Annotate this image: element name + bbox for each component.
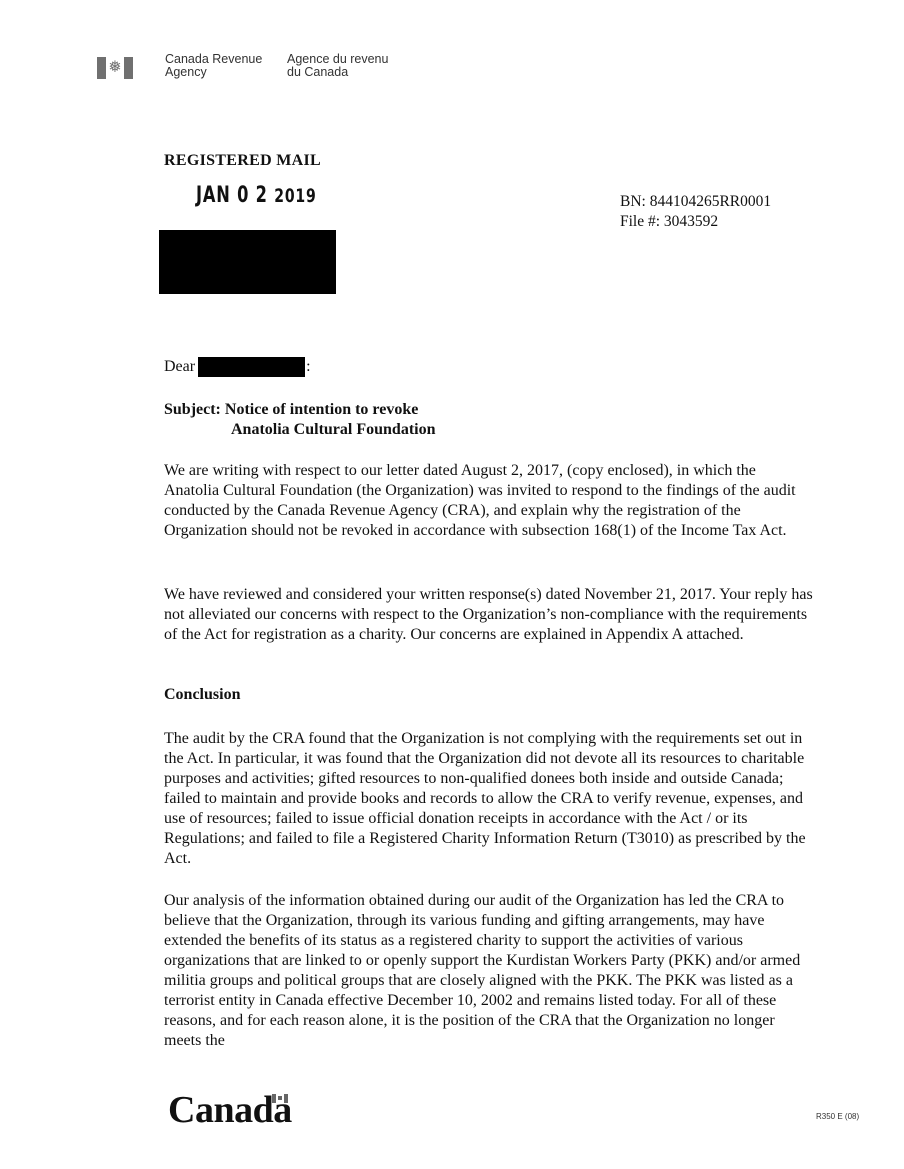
reference-block: BN: 844104265RR0001 File #: 3043592 xyxy=(620,192,771,232)
paragraph-2: We have reviewed and considered your wri… xyxy=(164,585,814,645)
canada-flag-icon: ❅ xyxy=(97,57,133,79)
date-stamp: JAN 0 2 2019 xyxy=(196,183,317,208)
conclusion-heading: Conclusion xyxy=(164,686,240,704)
file-number: File #: 3043592 xyxy=(620,212,771,232)
redacted-address xyxy=(159,230,336,294)
date-stamp-year: 2019 xyxy=(274,185,316,207)
agency-fr-line2: du Canada xyxy=(287,66,388,79)
salutation-punct: : xyxy=(306,357,310,377)
wordmark-flag-icon xyxy=(272,1094,288,1103)
date-stamp-month-day: JAN 0 2 xyxy=(196,183,268,208)
salutation: Dear : xyxy=(164,357,311,377)
subject-line: Subject: Notice of intention to revoke A… xyxy=(164,400,435,440)
delivery-method: REGISTERED MAIL xyxy=(164,152,321,170)
form-code: R350 E (08) xyxy=(816,1112,859,1121)
salutation-greeting: Dear xyxy=(164,357,195,377)
paragraph-4: Our analysis of the information obtained… xyxy=(164,891,814,1051)
subject-line1: Subject: Notice of intention to revoke xyxy=(164,401,418,418)
paragraph-3: The audit by the CRA found that the Orga… xyxy=(164,729,814,869)
business-number: BN: 844104265RR0001 xyxy=(620,192,771,212)
redacted-recipient-name xyxy=(198,357,305,377)
agency-name-english: Canada Revenue Agency xyxy=(165,53,262,79)
agency-en-line2: Agency xyxy=(165,66,262,79)
subject-line2: Anatolia Cultural Foundation xyxy=(164,420,435,440)
agency-name-french: Agence du revenu du Canada xyxy=(287,53,388,79)
paragraph-1: We are writing with respect to our lette… xyxy=(164,461,814,541)
